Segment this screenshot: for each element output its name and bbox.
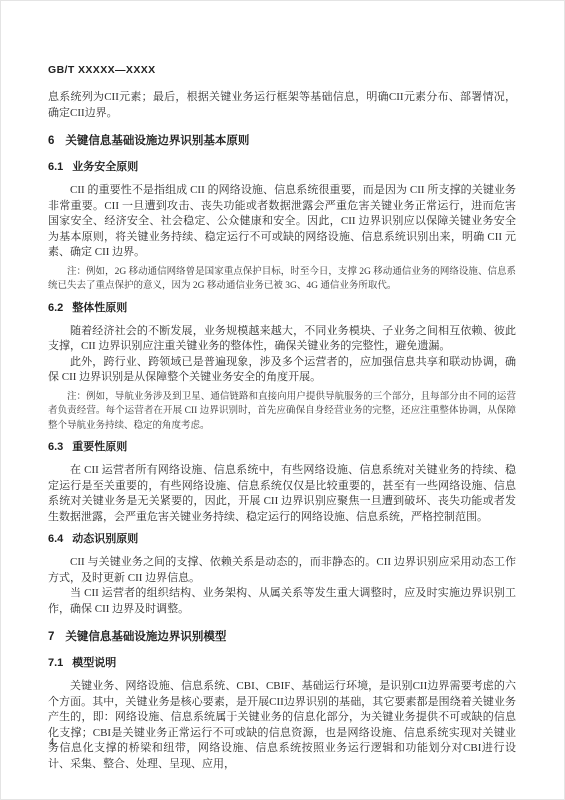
paragraph: 关键业务、网络设施、信息系统、CBI、CBIF、基础运行环境，是识别CII边界需… bbox=[48, 679, 516, 772]
subsection-6-1-title: 业务安全原则 bbox=[72, 161, 138, 173]
subsection-7-1-title: 模型说明 bbox=[72, 657, 116, 669]
note: 注：例如，导航业务涉及到卫星、通信链路和直接向用户提供导航服务的三个部分，且每部… bbox=[48, 390, 516, 434]
subsection-6-2-heading: 6.2整体性原则 bbox=[48, 302, 516, 315]
document-page: GB/T XXXXX—XXXX 息系统列为CII元素；最后，根据关键业务运行框架… bbox=[0, 0, 565, 800]
section-6-title: 关键信息基础设施边界识别基本原则 bbox=[65, 135, 249, 147]
section-6-number: 6 bbox=[48, 135, 54, 148]
subsection-6-4-number: 6.4 bbox=[48, 533, 63, 546]
continuation-paragraph: 息系统列为CII元素；最后，根据关键业务运行框架等基础信息，明确CII元素分布、… bbox=[48, 90, 516, 121]
paragraph: CII 的重要性不是指组成 CII 的网络设施、信息系统很重要，而是因为 CII… bbox=[48, 183, 516, 261]
section-7-number: 7 bbox=[48, 631, 54, 644]
paragraph: 在 CII 运营者所有网络设施、信息系统中，有些网络设施、信息系统对关键业务的持… bbox=[48, 463, 516, 525]
subsection-7-1-number: 7.1 bbox=[48, 657, 63, 670]
paragraph: 当 CII 运营者的组织结构、业务架构、从属关系等发生重大调整时，应及时实施边界… bbox=[48, 586, 516, 617]
section-6-heading: 6关键信息基础设施边界识别基本原则 bbox=[48, 135, 516, 148]
subsection-6-3-title: 重要性原则 bbox=[72, 441, 127, 453]
subsection-6-4-heading: 6.4动态识别原则 bbox=[48, 533, 516, 546]
subsection-6-3-heading: 6.3重要性原则 bbox=[48, 441, 516, 454]
section-7-title: 关键信息基础设施边界识别模型 bbox=[65, 631, 226, 643]
page-number: 4 bbox=[49, 737, 54, 748]
subsection-6-2-title: 整体性原则 bbox=[72, 302, 127, 314]
subsection-7-1-heading: 7.1模型说明 bbox=[48, 657, 516, 670]
subsection-6-4-title: 动态识别原则 bbox=[72, 533, 138, 545]
subsection-6-3-number: 6.3 bbox=[48, 441, 63, 454]
paragraph: 随着经济社会的不断发展，业务规模越来越大，不同业务模块、子业务之间相互依赖、彼此… bbox=[48, 324, 516, 355]
subsection-6-1-heading: 6.1业务安全原则 bbox=[48, 161, 516, 174]
subsection-6-2-number: 6.2 bbox=[48, 302, 63, 315]
section-7-heading: 7关键信息基础设施边界识别模型 bbox=[48, 631, 516, 644]
paragraph: 此外，跨行业、跨领域已是普遍现象，涉及多个运营者的，应加强信息共享和联动协调，确… bbox=[48, 355, 516, 386]
note: 注：例如，2G 移动通信网络曾是国家重点保护目标，时至今日，支撑 2G 移动通信… bbox=[48, 265, 516, 294]
doc-code-header: GB/T XXXXX—XXXX bbox=[48, 64, 516, 76]
paragraph: CII 与关键业务之间的支撑、依赖关系是动态的，而非静态的。CII 边界识别应采… bbox=[48, 555, 516, 586]
subsection-6-1-number: 6.1 bbox=[48, 161, 63, 174]
